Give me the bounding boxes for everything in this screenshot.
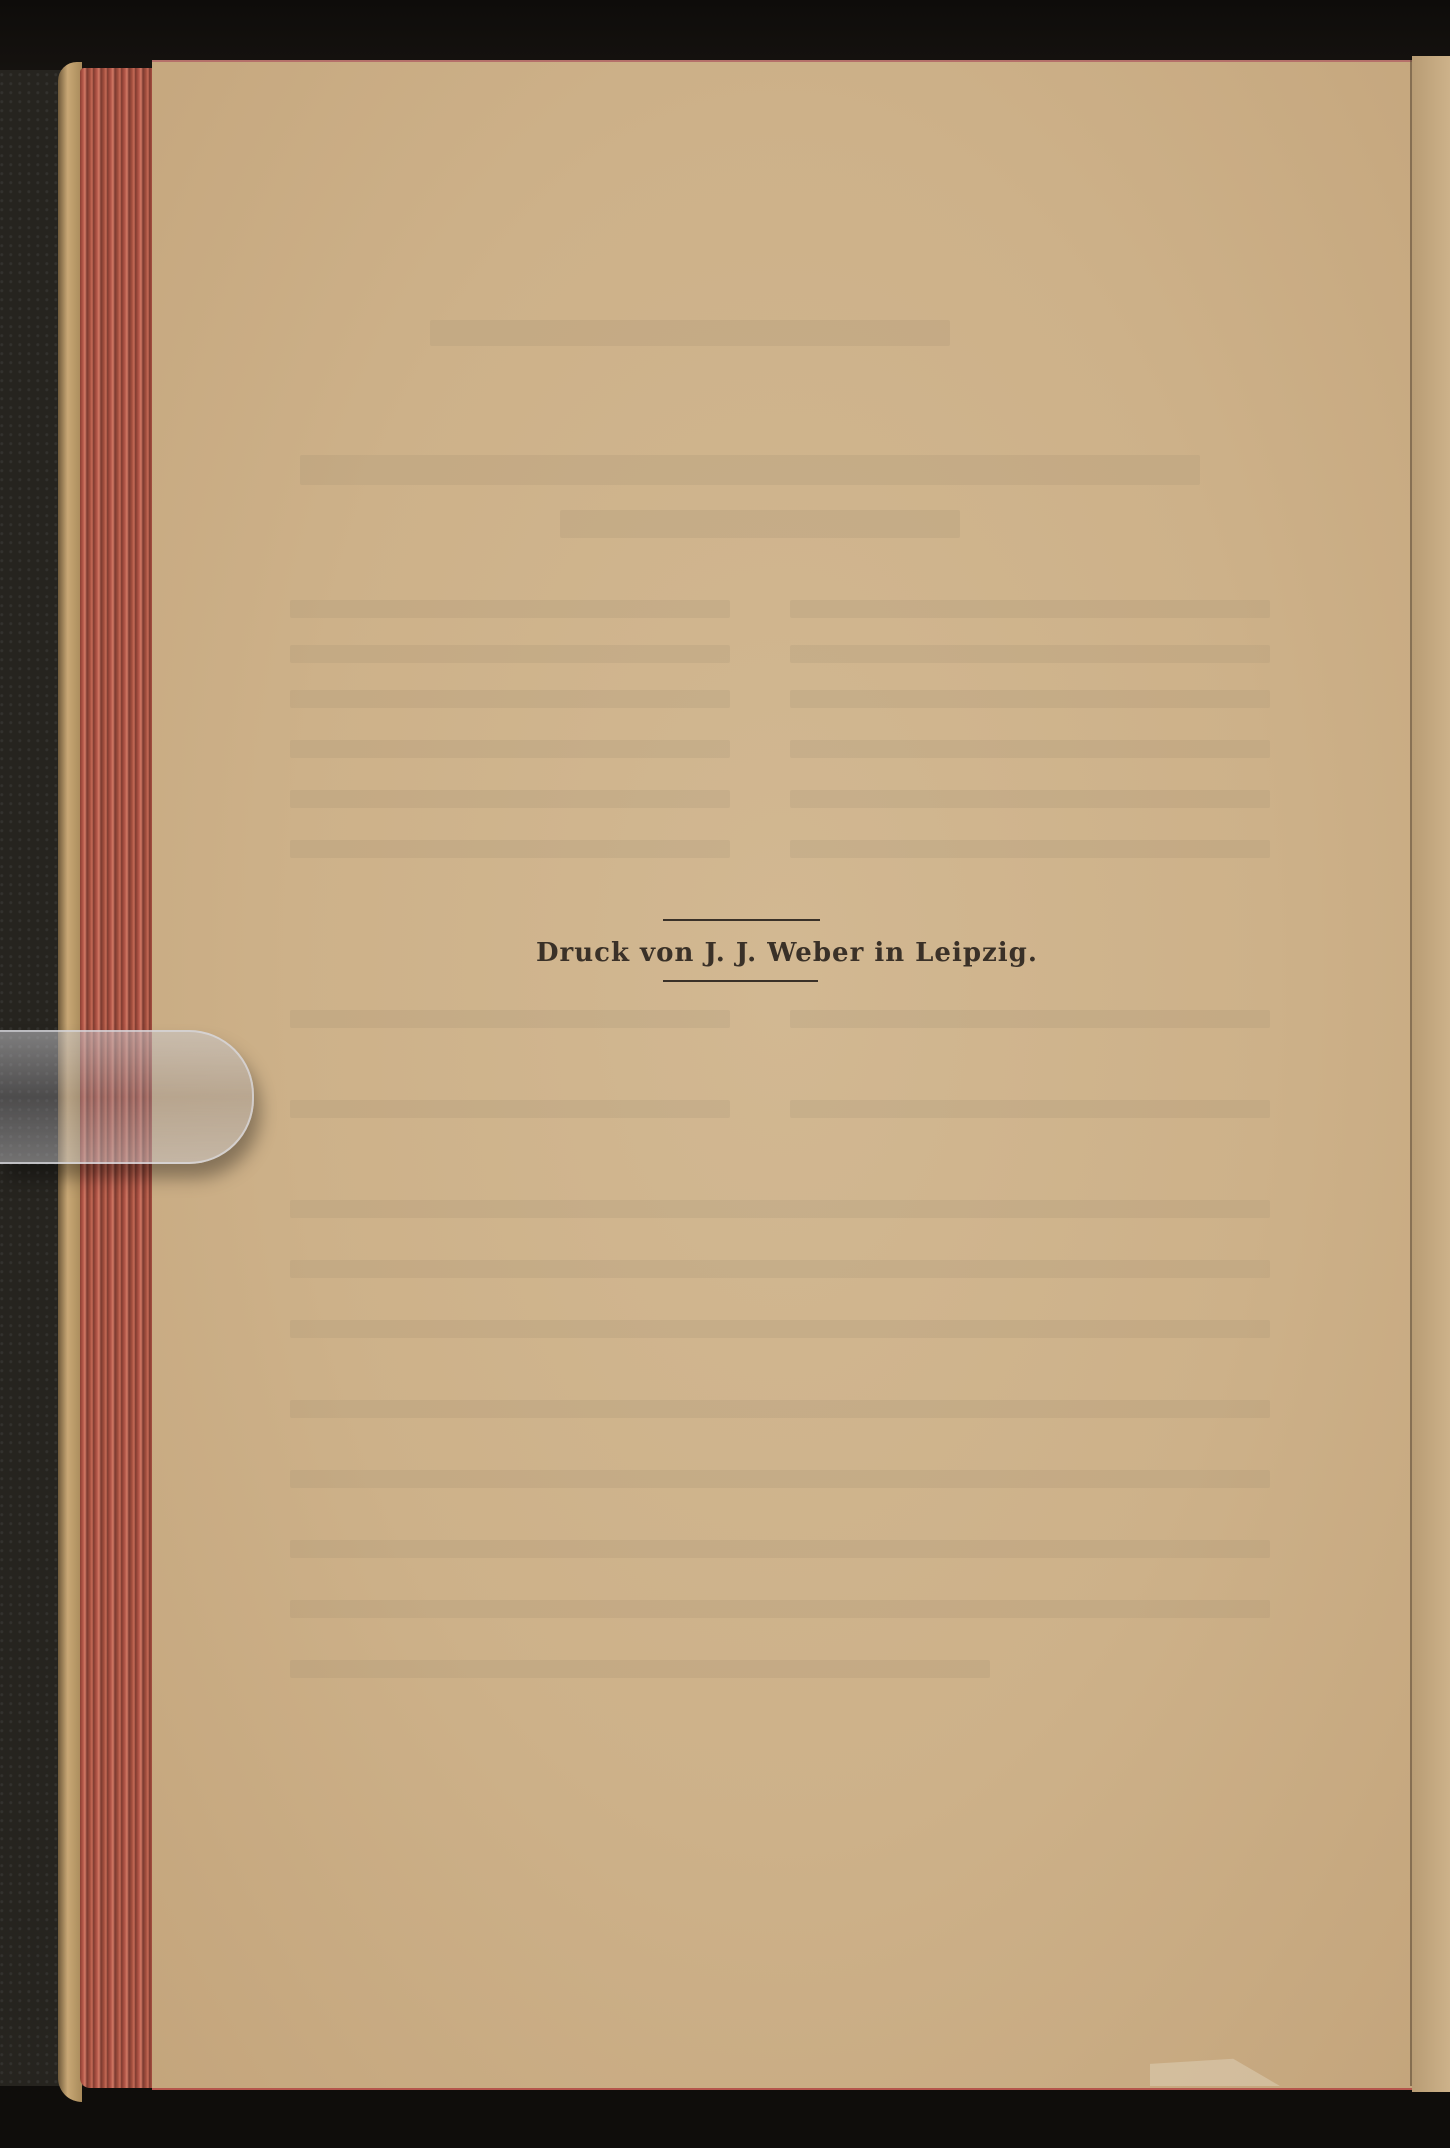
show-through-text <box>290 1660 990 1678</box>
show-through-text <box>290 1400 1270 1418</box>
show-through-text <box>290 1010 730 1028</box>
bottom-shadow <box>0 2086 1450 2148</box>
show-through-text <box>790 690 1270 708</box>
show-through-text <box>290 1540 1270 1558</box>
show-through-text <box>790 740 1270 758</box>
show-through-text <box>290 790 730 808</box>
show-through-text <box>790 600 1270 618</box>
show-through-text <box>290 690 730 708</box>
show-through-text <box>290 840 730 858</box>
show-through-text <box>430 320 950 346</box>
show-through-text <box>790 645 1270 663</box>
show-through-text <box>790 1100 1270 1118</box>
show-through-text <box>300 455 1200 485</box>
show-through-text <box>290 1320 1270 1338</box>
show-through-text <box>790 1010 1270 1028</box>
show-through-text <box>290 1260 1270 1278</box>
show-through-text <box>290 740 730 758</box>
imprint-top-rule <box>663 919 820 921</box>
show-through-text <box>290 1600 1270 1618</box>
show-through-text <box>790 790 1270 808</box>
show-through-text <box>790 840 1270 858</box>
show-through-text <box>290 1200 1270 1218</box>
glass-page-holder <box>0 1030 254 1164</box>
show-through-text <box>290 600 730 618</box>
printer-imprint: Druck von J. J. Weber in Leipzig. <box>536 938 948 968</box>
show-through-text <box>560 510 960 538</box>
show-through-text <box>290 1470 1270 1488</box>
gutter-line <box>1410 60 1412 2086</box>
imprint-bottom-rule <box>663 980 818 982</box>
facing-page-edge <box>1412 56 1450 2092</box>
book-page <box>152 60 1412 2090</box>
show-through-text <box>290 645 730 663</box>
show-through-text <box>290 1100 730 1118</box>
